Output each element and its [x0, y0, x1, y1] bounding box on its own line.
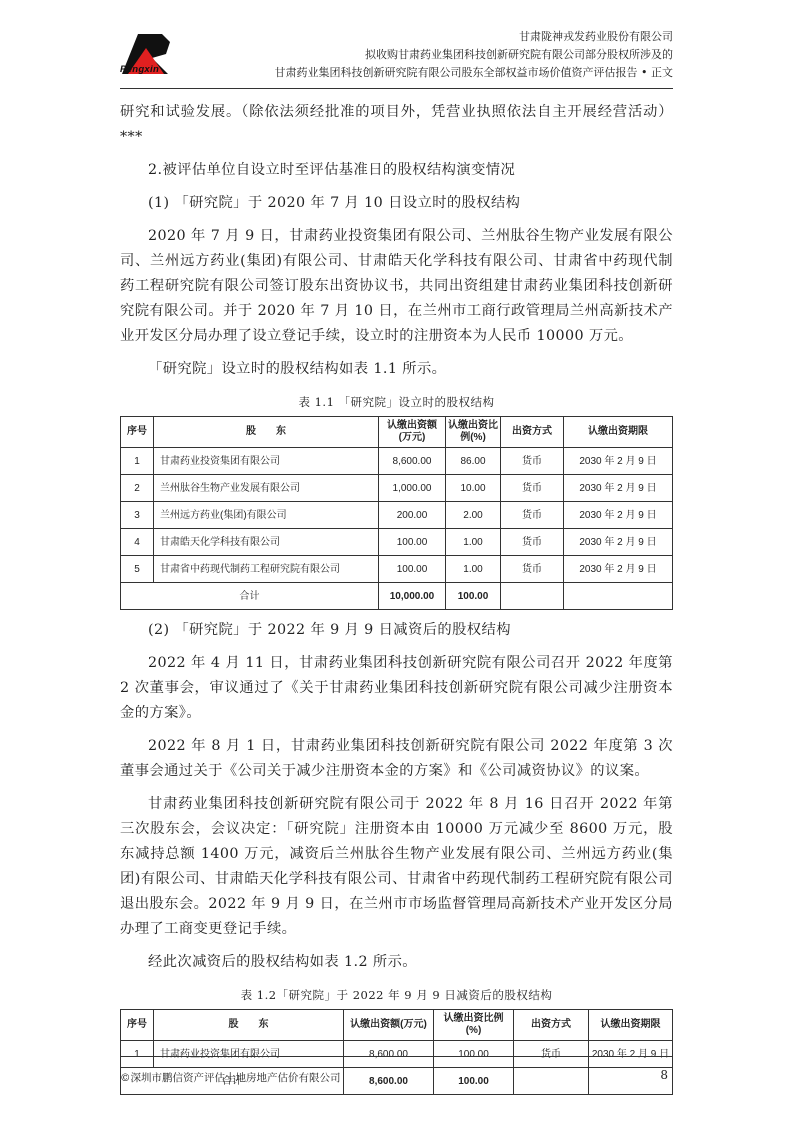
section-heading: 2.被评估单位自设立时至评估基准日的股权结构演变情况: [120, 158, 673, 183]
cell: 100.00: [434, 1041, 514, 1068]
cell: 3: [121, 502, 154, 529]
cell: 200.00: [379, 502, 446, 529]
total-ratio: 100.00: [434, 1068, 514, 1095]
paragraph: 2022 年 4 月 11 日，甘肃药业集团科技创新研究院有限公司召开 2022…: [120, 651, 673, 726]
cell: [514, 1068, 589, 1095]
cell: 1.00: [446, 529, 501, 556]
table-caption: 表 1.1 「研究院」设立时的股权结构: [120, 390, 673, 415]
cell: 2030 年 2 月 9 日: [564, 502, 673, 529]
cell: 2030 年 2 月 9 日: [564, 556, 673, 583]
cell: 甘肃皓天化学科技有限公司: [154, 529, 379, 556]
cell: 货币: [501, 448, 564, 475]
cell: [501, 583, 564, 610]
logo-text: Pengxin: [120, 64, 159, 75]
col-header: 序号: [121, 1010, 154, 1041]
cell: 货币: [514, 1041, 589, 1068]
table-row: 1 甘肃药业投资集团有限公司 8,600.00 86.00 货币 2030 年 …: [121, 448, 673, 475]
col-header: 序号: [121, 417, 154, 448]
table-caption: 表 1.2「研究院」于 2022 年 9 月 9 日减资后的股权结构: [120, 983, 673, 1008]
cell: 8,600.00: [379, 448, 446, 475]
cell: 4: [121, 529, 154, 556]
paragraph: 2022 年 8 月 1 日，甘肃药业集团科技创新研究院有限公司 2022 年度…: [120, 734, 673, 784]
col-header: 认缴出资比例(%): [434, 1010, 514, 1041]
table-total-row: 合计 10,000.00 100.00: [121, 583, 673, 610]
paragraph: 经此次减资后的股权结构如表 1.2 所示。: [120, 950, 673, 975]
cell: 1: [121, 1041, 154, 1068]
equity-table-1: 序号 股 东 认缴出资额(万元) 认缴出资比例(%) 出资方式 认缴出资期限 1…: [120, 416, 673, 610]
header-line-3: 甘肃药业集团科技创新研究院有限公司股东全部权益市场价值资产评估报告 • 正文: [275, 64, 673, 82]
table-header-row: 序号 股 东 认缴出资额(万元) 认缴出资比例(%) 出资方式 认缴出资期限: [121, 417, 673, 448]
col-header: 认缴出资期限: [564, 417, 673, 448]
cell: 货币: [501, 529, 564, 556]
total-label: 合计: [121, 583, 379, 610]
col-header: 认缴出资期限: [589, 1010, 673, 1041]
page-number: 8: [660, 1068, 668, 1082]
col-header: 认缴出资比例(%): [446, 417, 501, 448]
cell: 86.00: [446, 448, 501, 475]
cell: 100.00: [379, 556, 446, 583]
header-divider: [120, 88, 673, 89]
page-header: 甘肃陇神戎发药业股份有限公司 拟收购甘肃药业集团科技创新研究院有限公司部分股权所…: [275, 28, 673, 82]
document-body: 研究和试验发展。（除依法须经批准的项目外，凭营业执照依法自主开展经营活动）***…: [120, 100, 673, 1103]
cell: 2.00: [446, 502, 501, 529]
total-amount: 10,000.00: [379, 583, 446, 610]
cell: 8,600.00: [344, 1041, 434, 1068]
total-ratio: 100.00: [446, 583, 501, 610]
header-line-1: 甘肃陇神戎发药业股份有限公司: [275, 28, 673, 46]
cell: 1: [121, 448, 154, 475]
footer-company: ©深圳市鹏信资产评估土地房地产估价有限公司: [120, 1070, 341, 1085]
total-amount: 8,600.00: [344, 1068, 434, 1095]
cell: 1,000.00: [379, 475, 446, 502]
table-row: 3 兰州远方药业(集团)有限公司 200.00 2.00 货币 2030 年 2…: [121, 502, 673, 529]
paragraph: 2020 年 7 月 9 日，甘肃药业投资集团有限公司、兰州肽谷生物产业发展有限…: [120, 224, 673, 349]
cell: 甘肃省中药现代制药工程研究院有限公司: [154, 556, 379, 583]
cell: 2030 年 2 月 9 日: [564, 475, 673, 502]
subsection-heading: (1) 「研究院」于 2020 年 7 月 10 日设立时的股权结构: [120, 191, 673, 216]
col-header: 出资方式: [514, 1010, 589, 1041]
cell: 兰州远方药业(集团)有限公司: [154, 502, 379, 529]
col-header: 股 东: [154, 417, 379, 448]
cell: 货币: [501, 556, 564, 583]
col-header: 股 东: [154, 1010, 344, 1041]
paragraph: 研究和试验发展。（除依法须经批准的项目外，凭营业执照依法自主开展经营活动）***: [120, 100, 673, 150]
cell: 货币: [501, 475, 564, 502]
footer-divider: [120, 1056, 673, 1057]
table-row: 2 兰州肽谷生物产业发展有限公司 1,000.00 10.00 货币 2030 …: [121, 475, 673, 502]
paragraph: 「研究院」设立时的股权结构如表 1.1 所示。: [120, 357, 673, 382]
cell: 100.00: [379, 529, 446, 556]
cell: 2030 年 2 月 9 日: [564, 448, 673, 475]
cell: 兰州肽谷生物产业发展有限公司: [154, 475, 379, 502]
table-row: 1 甘肃药业投资集团有限公司 8,600.00 100.00 货币 2030 年…: [121, 1041, 673, 1068]
cell: 2: [121, 475, 154, 502]
table-row: 4 甘肃皓天化学科技有限公司 100.00 1.00 货币 2030 年 2 月…: [121, 529, 673, 556]
col-header: 认缴出资额(万元): [344, 1010, 434, 1041]
cell: 货币: [501, 502, 564, 529]
subsection-heading: (2) 「研究院」于 2022 年 9 月 9 日减资后的股权结构: [120, 618, 673, 643]
col-header: 认缴出资额(万元): [379, 417, 446, 448]
table-header-row: 序号 股 东 认缴出资额(万元) 认缴出资比例(%) 出资方式 认缴出资期限: [121, 1010, 673, 1041]
cell: 5: [121, 556, 154, 583]
paragraph: 甘肃药业集团科技创新研究院有限公司于 2022 年 8 月 16 日召开 202…: [120, 792, 673, 942]
cell: 2030 年 2 月 9 日: [564, 529, 673, 556]
header-line-2: 拟收购甘肃药业集团科技创新研究院有限公司部分股权所涉及的: [275, 46, 673, 64]
cell: 10.00: [446, 475, 501, 502]
col-header: 出资方式: [501, 417, 564, 448]
cell: 甘肃药业投资集团有限公司: [154, 1041, 344, 1068]
cell: 1.00: [446, 556, 501, 583]
table-row: 5 甘肃省中药现代制药工程研究院有限公司 100.00 1.00 货币 2030…: [121, 556, 673, 583]
cell: 2030 年 2 月 9 日: [589, 1041, 673, 1068]
cell: [564, 583, 673, 610]
cell: 甘肃药业投资集团有限公司: [154, 448, 379, 475]
